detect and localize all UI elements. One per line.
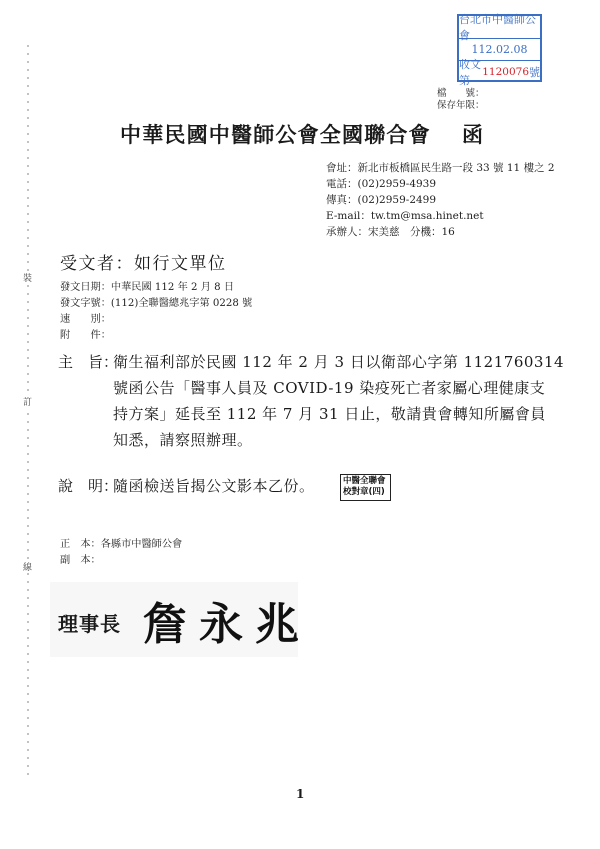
contact-phone: 電話：(02)2959-4939: [326, 176, 436, 191]
document-type: 函: [462, 119, 483, 149]
signature-name: 詹永兆: [143, 588, 311, 652]
receive-stamp: 台北市中醫師公會 112.02.08 收文第1120076號: [457, 14, 542, 82]
receive-stamp-number: 1120076: [482, 66, 529, 78]
contact-email: E-mail：tw.tm@msa.hinet.net: [326, 208, 484, 223]
document-number: 發文字號：(112)全聯醫總兆字第 0228 號: [60, 294, 252, 309]
receive-stamp-number-row: 收文第1120076號: [459, 60, 540, 82]
binding-char-zhuang: 裝: [23, 274, 32, 284]
attachment: 附 件：: [60, 326, 111, 341]
receive-stamp-suffix: 號: [529, 64, 540, 80]
binding-line: [27, 42, 29, 778]
issue-date: 發文日期：中華民國 112 年 2 月 8 日: [60, 278, 234, 293]
main-recipients: 正 本：各縣市中醫師公會: [60, 535, 182, 550]
contact-fax: 傳真：(02)2959-2499: [326, 192, 436, 207]
subject-label: 主 旨：: [58, 351, 118, 372]
subject-line-3: 持方案」延長至 112 年 7 月 31 日止，敬請貴會轉知所屬會員: [113, 403, 546, 424]
recipient: 受文者：如行文單位: [60, 249, 227, 274]
explanation-label: 說 明：: [58, 475, 118, 496]
speed-category: 速 別：: [60, 310, 111, 325]
explanation-text: 隨函檢送旨揭公文影本乙份。: [113, 475, 315, 496]
document-title: 中華民國中醫師公會全國聯合會: [120, 119, 431, 149]
signature-title: 理事長: [58, 608, 121, 637]
contact-handler: 承辦人：宋美慈 分機：16: [326, 224, 455, 239]
subject-line-1: 衛生福利部於民國 112 年 2 月 3 日以衛部心字第 1121760314: [113, 351, 564, 372]
retention-period-label: 保存年限：: [437, 97, 485, 111]
carbon-copy: 副 本：: [60, 551, 101, 566]
page-number: 1: [296, 787, 304, 801]
contact-address: 會址：新北市板橋區民生路一段 33 號 11 樓之 2: [326, 160, 555, 175]
receive-stamp-prefix: 收文第: [459, 56, 482, 88]
subject-line-2: 號函公告「醫事人員及 COVID-19 染疫死亡者家屬心理健康支: [113, 377, 545, 398]
binding-char-xian: 線: [23, 563, 32, 573]
proofread-stamp-line2: 校對章(四): [343, 487, 388, 498]
receive-stamp-org: 台北市中醫師公會: [459, 16, 540, 38]
subject-line-4: 知悉，請察照辦理。: [113, 429, 253, 450]
proofread-stamp: 中醫全聯會 校對章(四): [340, 474, 391, 501]
binding-char-ding: 訂: [23, 398, 32, 408]
proofread-stamp-line1: 中醫全聯會: [343, 476, 388, 487]
